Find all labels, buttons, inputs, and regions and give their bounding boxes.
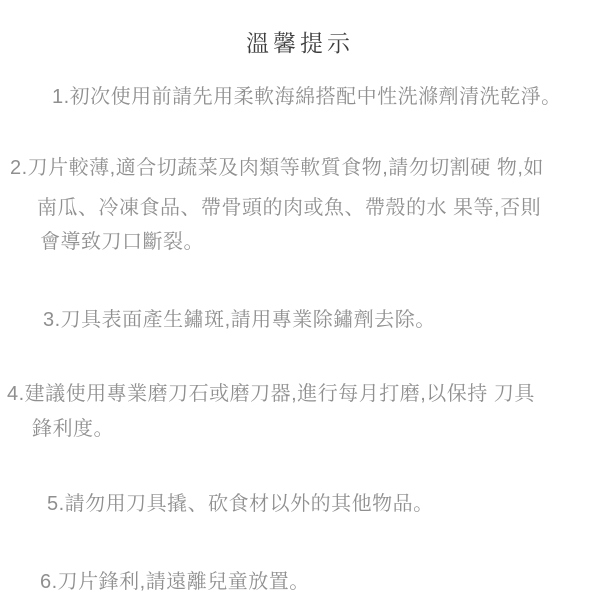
tip-4-line-2: 鋒利度。 — [32, 418, 114, 441]
tip-2-line-2: 南瓜、冷凍食品、帶骨頭的肉或魚、帶殼的水 果等,否則 — [37, 197, 541, 220]
page-title: 溫馨提示 — [0, 30, 600, 58]
warm-tips-page: 溫馨提示 1.初次使用前請先用柔軟海綿搭配中性洗滌劑清洗乾淨。 2.刀片較薄,適… — [0, 0, 600, 605]
tip-5-text: 5.請勿用刀具撬、砍食材以外的其他物品。 — [47, 493, 434, 516]
tip-4-line-1: 4.建議使用專業磨刀石或磨刀器,進行每月打磨,以保持 刀具 — [7, 383, 535, 406]
tip-1-text: 1.初次使用前請先用柔軟海綿搭配中性洗滌劑清洗乾淨。 — [52, 86, 562, 109]
tip-2-line-1: 2.刀片較薄,適合切蔬菜及肉類等軟質食物,請勿切割硬 物,如 — [10, 157, 544, 180]
tip-2-line-3: 會導致刀口斷裂。 — [40, 231, 204, 254]
tip-3-text: 3.刀具表面產生鏽斑,請用專業除鏽劑去除。 — [43, 309, 436, 332]
tip-6-text: 6.刀片鋒利,請遠離兒童放置。 — [40, 571, 310, 594]
